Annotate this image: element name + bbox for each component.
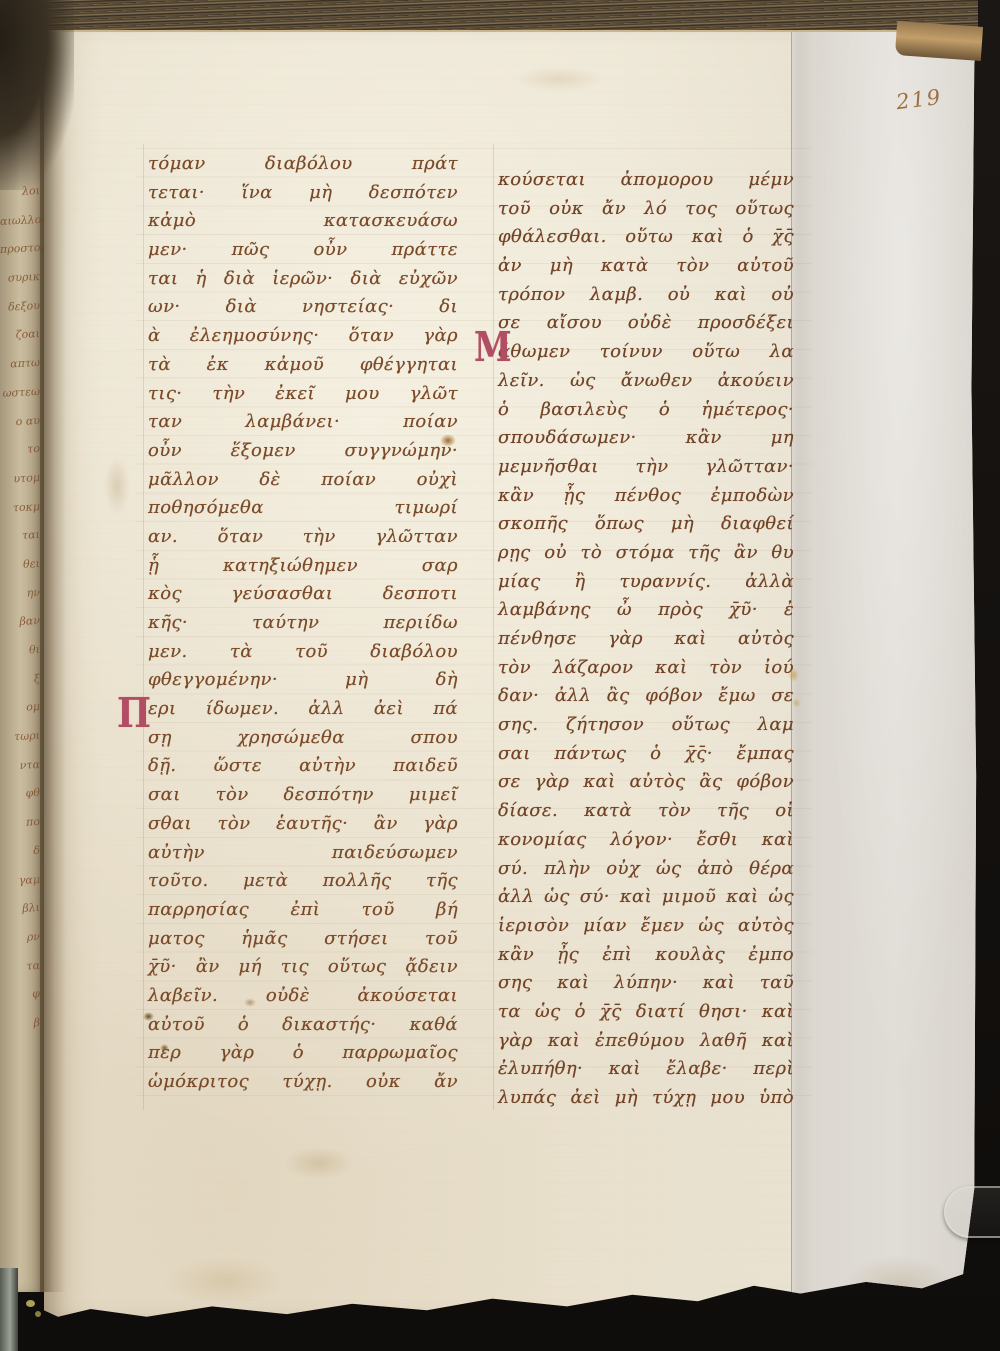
text-line: χ̄ῦ· ἂν μή τις οὕτως ᾄδειν	[148, 953, 458, 982]
text-line: παρρησίας ἐπὶ τοῦ βή	[148, 896, 458, 925]
gutter-fragment: το	[0, 435, 41, 466]
text-line: αὐτὴν παιδεύσωμεν	[148, 839, 458, 868]
gutter-fragment: πο	[0, 808, 41, 839]
gutter-shadow	[40, 28, 66, 1292]
ruling-vertical-right	[493, 144, 494, 1110]
gutter-fragment: γαμ	[0, 865, 41, 896]
manuscript-page: 219 τόμαν διαβόλου πράττεται· ἵνα μὴ δεσ…	[44, 26, 978, 1318]
text-line: σε γὰρ καὶ αὐτὸς ἂς φόβον	[498, 768, 794, 797]
text-line: σύ. πλὴν οὐχ ὡς ἀπὸ θέρα	[498, 855, 794, 884]
text-line: μεμνῆσθαι τὴν γλῶτταν·	[498, 453, 794, 482]
outer-leaf-strip	[791, 26, 979, 1318]
gutter-facing-page: λοιαιωλλομπροστομσυρικδεξουζοαιαπτωωστεω…	[0, 28, 44, 1292]
gutter-fragment: φθ	[0, 779, 41, 810]
text-line: σῃ χρησώμεθα σπου	[148, 724, 458, 753]
text-line: σης. ζήτησον οὕτως λαμ	[498, 711, 794, 740]
gutter-fragment: ο αυ	[0, 406, 41, 437]
text-line: ᾗ κατηξιώθημεν σαρ	[148, 552, 458, 581]
text-line: τοῦτο. μετὰ πολλῆς τῆς	[148, 867, 458, 896]
text-line: ρῃς οὐ τὸ στόμα τῆς ἂν θυ	[498, 539, 794, 568]
text-line: ἱερισὸν μίαν ἔμεν ὡς αὐτὸς	[498, 912, 794, 941]
stacked-page-edges	[0, 0, 978, 32]
text-line: τόμαν διαβόλου πράτ	[148, 150, 458, 179]
text-line: οὖν ἕξομεν συγγνώμην·	[148, 437, 458, 466]
gutter-fragment: δ	[0, 837, 41, 868]
text-line: μᾶλλον δὲ ποίαν οὐχὶ	[148, 466, 458, 495]
gutter-fragment: β	[0, 1009, 41, 1040]
stain	[164, 1256, 284, 1306]
binding-board-edge	[0, 1268, 18, 1351]
text-line: κἀμὸ κατασκευάσω	[148, 207, 458, 236]
text-line: κούσεται ἀπομορου μέμν	[498, 166, 794, 195]
gutter-fragment: ομ	[0, 693, 41, 724]
text-line: σης καὶ λύπην· καὶ ταῦ	[498, 969, 794, 998]
text-line: σκοπῆς ὅπως μὴ διαφθεί	[498, 510, 794, 539]
gutter-fragment: τοκμ	[0, 493, 41, 524]
text-line: ἀλλ ὡς σύ· καὶ μιμοῦ καὶ ὡς	[498, 883, 794, 912]
text-line: σθαι τὸν ἑαυτῆς· ἂν γὰρ	[148, 810, 458, 839]
text-line: ματος ἡμᾶς στήσει τοῦ	[148, 925, 458, 954]
gutter-fragment: ρν	[0, 923, 41, 954]
text-line: κἂν ᾖς πένθος ἐμποδὼν	[498, 482, 794, 511]
text-column-right: κούσεται ἀπομορου μέμντοῦ οὐκ ἄν λό τος …	[498, 166, 794, 1113]
text-line: άθωμεν τοίνυν οὕτω λα	[498, 338, 794, 367]
text-line: τοῦ οὐκ ἄν λό τος οὕτως	[498, 195, 794, 224]
text-line: ερι ίδωμεν. ἀλλ ἀεὶ πά	[148, 695, 458, 724]
text-line: δίασε. κατὰ τὸν τῆς οἰ	[498, 797, 794, 826]
text-line: τρόπον λαμβ. οὐ καὶ οὐ	[498, 281, 794, 310]
gutter-fragment: τα	[0, 952, 41, 983]
red-initial-mu: Μ	[474, 324, 512, 372]
text-line: κὸς γεύσασθαι δεσποτι	[148, 580, 458, 609]
text-line: φθεγγομένην· μὴ δὴ	[148, 666, 458, 695]
gutter-fragment: ην	[0, 579, 41, 610]
red-initial-pi: Π	[117, 689, 151, 737]
text-line: τις· τὴν ἐκεῖ μου γλῶτ	[148, 380, 458, 409]
text-line: λαμβάνης ὦ πρὸς χ̄ῦ· ἐ	[498, 596, 794, 625]
text-line: σαι πάντως ὁ χ̄ς̄· ἔμπας	[498, 740, 794, 769]
text-line: ται ἡ διὰ ἱερῶν· διὰ εὐχῶν	[148, 265, 458, 294]
text-line: ὰ ἐλεημοσύνης· ὅταν γὰρ	[148, 322, 458, 351]
gutter-fragment: θι	[0, 636, 41, 667]
gutter-fragment: προστομ	[0, 234, 41, 265]
text-line: κονομίας λόγον· ἔσθι καὶ	[498, 826, 794, 855]
gutter-fragment: ξ	[0, 665, 41, 696]
page-holder-clip	[944, 1186, 1000, 1238]
text-line: ἀν μὴ κατὰ τὸν αὐτοῦ	[498, 252, 794, 281]
text-line: σπουδάσωμεν· κἂν μη	[498, 424, 794, 453]
text-line: κῆς· ταύτην περιίδω	[148, 609, 458, 638]
text-line: σαι τὸν δεσπότην μιμεῖ	[148, 781, 458, 810]
text-line: μεν· πῶς οὖν πράττε	[148, 236, 458, 265]
gutter-fragment: βλι	[0, 894, 41, 925]
text-line: μίας ἢ τυραννίς. ἀλλὰ	[498, 568, 794, 597]
stain	[160, 1044, 169, 1052]
stain	[440, 434, 456, 447]
text-line: σε αἴσου οὐδὲ προσδέξει	[498, 309, 794, 338]
text-line: κἂν ᾖς ἐπὶ κουλὰς ἐμπο	[498, 941, 794, 970]
spine-shadow	[0, 0, 74, 190]
gutter-fragment: συρικ	[0, 263, 41, 294]
stain	[143, 1012, 154, 1021]
stain	[244, 998, 256, 1007]
fore-edge-wedge	[895, 21, 983, 61]
gutter-fragment: υτομ	[0, 464, 41, 495]
gutter-fragment: ντα	[0, 751, 41, 782]
manuscript-photo: 219 τόμαν διαβόλου πράττεται· ἵνα μὴ δεσ…	[0, 0, 1000, 1351]
gutter-fragment: ζοαι	[0, 320, 41, 351]
text-line: ων· διὰ νηστείας· δι	[148, 293, 458, 322]
gutter-fragment: βαν	[0, 607, 41, 638]
gutter-fragment: ωστεω	[0, 378, 41, 409]
text-column-left: τόμαν διαβόλου πράττεται· ἵνα μὴ δεσπότε…	[148, 150, 458, 1097]
gutter-fragments: λοιαιωλλομπροστομσυρικδεξουζοαιαπτωωστεω…	[0, 178, 40, 1039]
text-line: γὰρ καὶ ἐπεθύμου λαθῆ καὶ	[498, 1027, 794, 1056]
stain	[844, 1256, 954, 1316]
gutter-fragment: τωρι	[0, 722, 41, 753]
text-line: μεν. τὰ τοῦ διαβόλου	[148, 638, 458, 667]
text-line: περ γὰρ ὁ παρρωμαῖος	[148, 1039, 458, 1068]
text-line: πένθησε γὰρ καὶ αὐτὸς	[498, 625, 794, 654]
stain	[104, 456, 130, 516]
bookmark-fleck	[26, 1300, 35, 1307]
text-line: ὡμόκριτος τύχῃ. οὐκ ἄν	[148, 1068, 458, 1097]
gutter-fragment: ται	[0, 521, 41, 552]
gutter-fragment: φ	[0, 980, 41, 1011]
text-line: τα ὡς ὁ χ̄ς̄ διατί θησι· καὶ	[498, 998, 794, 1027]
bookmark-fleck	[35, 1311, 41, 1317]
text-line: αν. ὅταν τὴν γλῶτταν	[148, 523, 458, 552]
text-line: λαβεῖν. οὐδὲ ἀκούσεται	[148, 982, 458, 1011]
gutter-fragment: θει	[0, 550, 41, 581]
text-line: τὰ ἐκ κἀμοῦ φθέγγηται	[148, 351, 458, 380]
text-line: φθάλεσθαι. οὕτω καὶ ὁ χ̄ς̄	[498, 223, 794, 252]
text-line: λεῖν. ὡς ἄνωθεν ἀκούειν	[498, 367, 794, 396]
text-line: δαν· ἀλλ ἂς φόβον ἔμω σε	[498, 682, 794, 711]
text-line: ταν λαμβάνει· ποίαν	[148, 408, 458, 437]
ruling-vertical-left	[143, 144, 144, 1110]
text-line: δῇ. ὥστε αὐτὴν παιδεῦ	[148, 752, 458, 781]
stain	[284, 1146, 354, 1180]
text-line: ποθησόμεθα τιμωρί	[148, 494, 458, 523]
gutter-fragment: αιωλλομ	[0, 206, 41, 237]
stain	[792, 698, 801, 708]
text-line: ὁ βασιλεὺς ὁ ἡμέτερος·	[498, 396, 794, 425]
stain	[514, 66, 604, 92]
text-line: λυπάς ἀεὶ μὴ τύχῃ μου ὑπὸ	[498, 1084, 794, 1113]
text-line: τεται· ἵνα μὴ δεσπότεν	[148, 179, 458, 208]
text-line: ἐλυπήθη· καὶ ἔλαβε· περὶ	[498, 1055, 794, 1084]
stain	[788, 668, 799, 682]
gutter-fragment: δεξου	[0, 292, 41, 323]
gutter-fragment: απτω	[0, 349, 41, 380]
text-line: αὐτοῦ ὁ δικαστής· καθά	[148, 1011, 458, 1040]
text-line: τὸν λάζαρον καὶ τὸν ἰού	[498, 654, 794, 683]
